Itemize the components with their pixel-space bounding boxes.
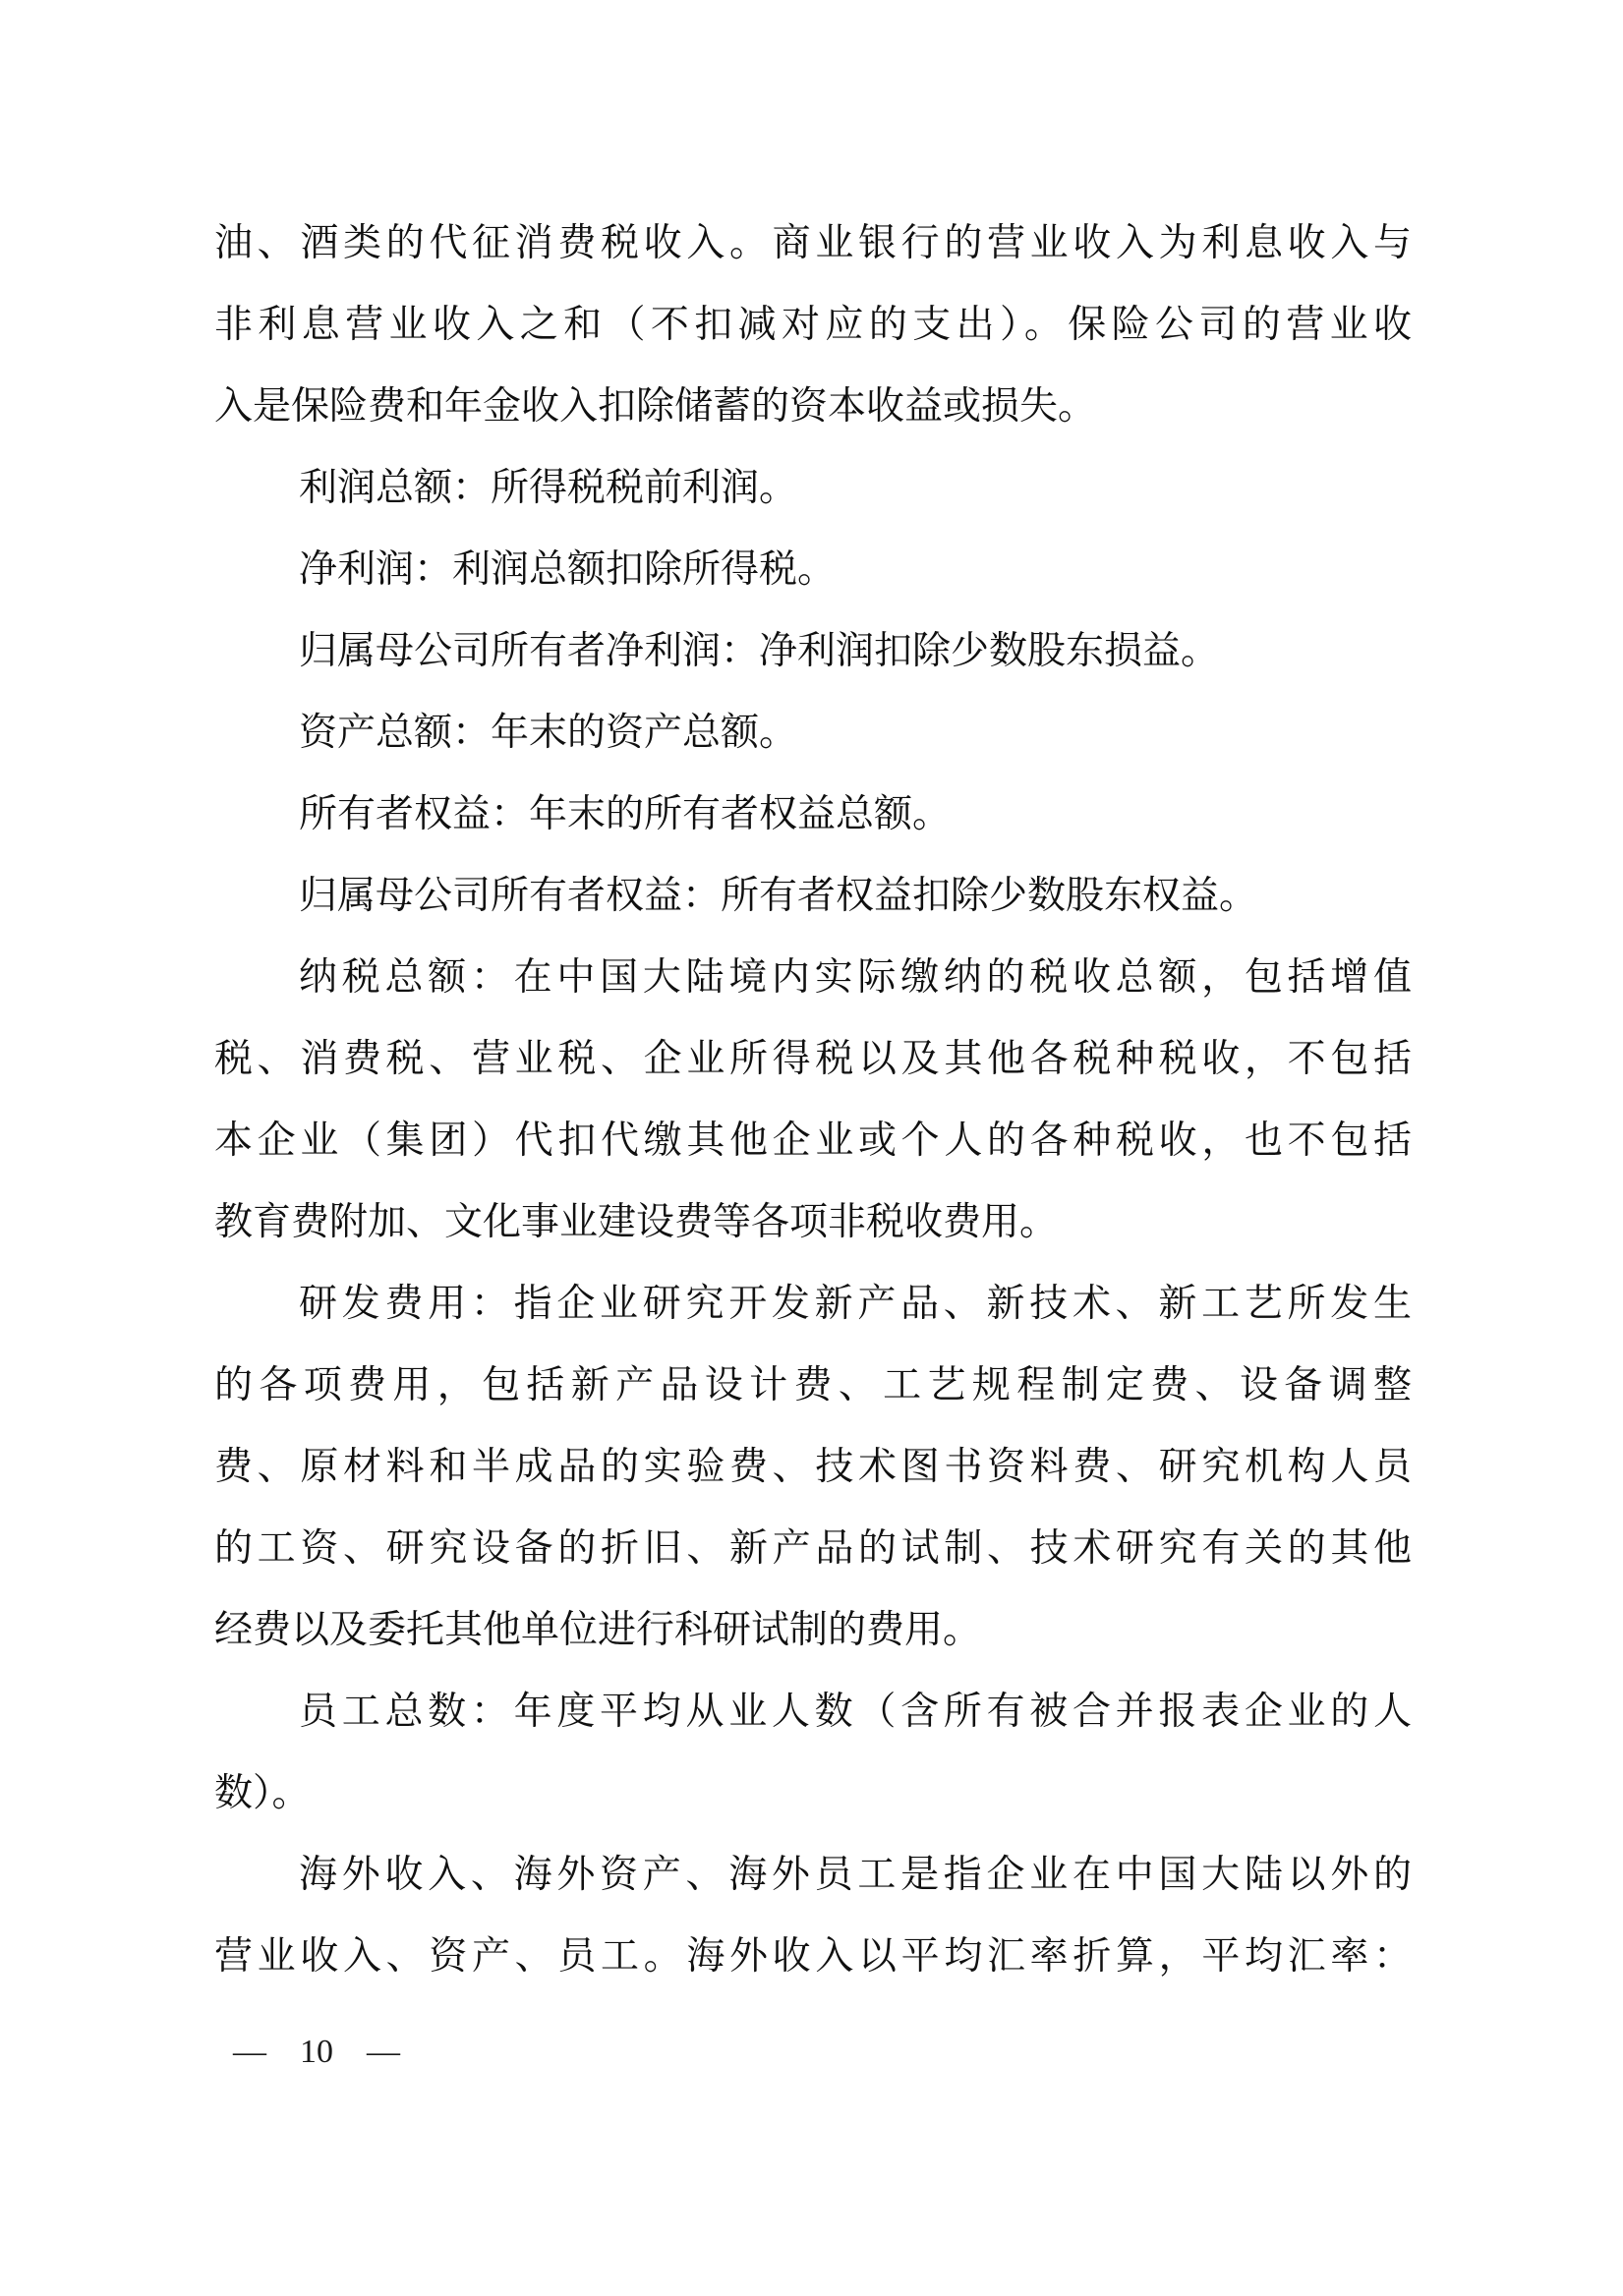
- text-line: 本企业（集团）代扣代缴其他企业或个人的各种税收，也不包括: [214, 1100, 1412, 1181]
- text-line: 油、酒类的代征消费税收入。商业银行的营业收入为利息收入与: [214, 202, 1412, 284]
- text-line: 净利润：利润总额扣除所得税。: [214, 529, 1412, 610]
- text-line: 海外收入、海外资产、海外员工是指企业在中国大陆以外的: [214, 1834, 1412, 1916]
- text-line: 的各项费用，包括新产品设计费、工艺规程制定费、设备调整: [214, 1345, 1412, 1426]
- text-line: 税、消费税、营业税、企业所得税以及其他各税种税收，不包括: [214, 1018, 1412, 1100]
- text-line: 纳税总额：在中国大陆境内实际缴纳的税收总额，包括增值: [214, 937, 1412, 1018]
- text-line: 数）。: [214, 1752, 1412, 1834]
- text-line: 资产总额：年末的资产总额。: [214, 692, 1412, 774]
- text-line: 研发费用：指企业研究开发新产品、新技术、新工艺所发生: [214, 1263, 1412, 1345]
- text-line: 非利息营业收入之和（不扣减对应的支出）。保险公司的营业收: [214, 284, 1412, 366]
- text-block: 油、酒类的代征消费税收入。商业银行的营业收入为利息收入与非利息营业收入之和（不扣…: [214, 202, 1412, 1997]
- text-line: 费、原材料和半成品的实验费、技术图书资料费、研究机构人员: [214, 1426, 1412, 1508]
- page-number: 10: [300, 2031, 333, 2074]
- text-line: 营业收入、资产、员工。海外收入以平均汇率折算，平均汇率：: [214, 1916, 1412, 1997]
- footer-dash-left: —: [233, 2031, 266, 2074]
- text-line: 员工总数：年度平均从业人数（含所有被合并报表企业的人: [214, 1671, 1412, 1752]
- footer-dash-right: —: [367, 2031, 400, 2074]
- text-line: 的工资、研究设备的折旧、新产品的试制、技术研究有关的其他: [214, 1508, 1412, 1589]
- text-line: 利润总额：所得税税前利润。: [214, 447, 1412, 529]
- page-footer: — 10 —: [233, 2031, 400, 2074]
- text-line: 归属母公司所有者净利润：净利润扣除少数股东损益。: [214, 610, 1412, 692]
- text-line: 经费以及委托其他单位进行科研试制的费用。: [214, 1589, 1412, 1671]
- text-line: 入是保险费和年金收入扣除储蓄的资本收益或损失。: [214, 366, 1412, 447]
- document-page: 油、酒类的代征消费税收入。商业银行的营业收入为利息收入与非利息营业收入之和（不扣…: [0, 0, 1623, 2296]
- text-line: 所有者权益：年末的所有者权益总额。: [214, 774, 1412, 855]
- text-line: 教育费附加、文化事业建设费等各项非税收费用。: [214, 1181, 1412, 1263]
- text-line: 归属母公司所有者权益：所有者权益扣除少数股东权益。: [214, 855, 1412, 937]
